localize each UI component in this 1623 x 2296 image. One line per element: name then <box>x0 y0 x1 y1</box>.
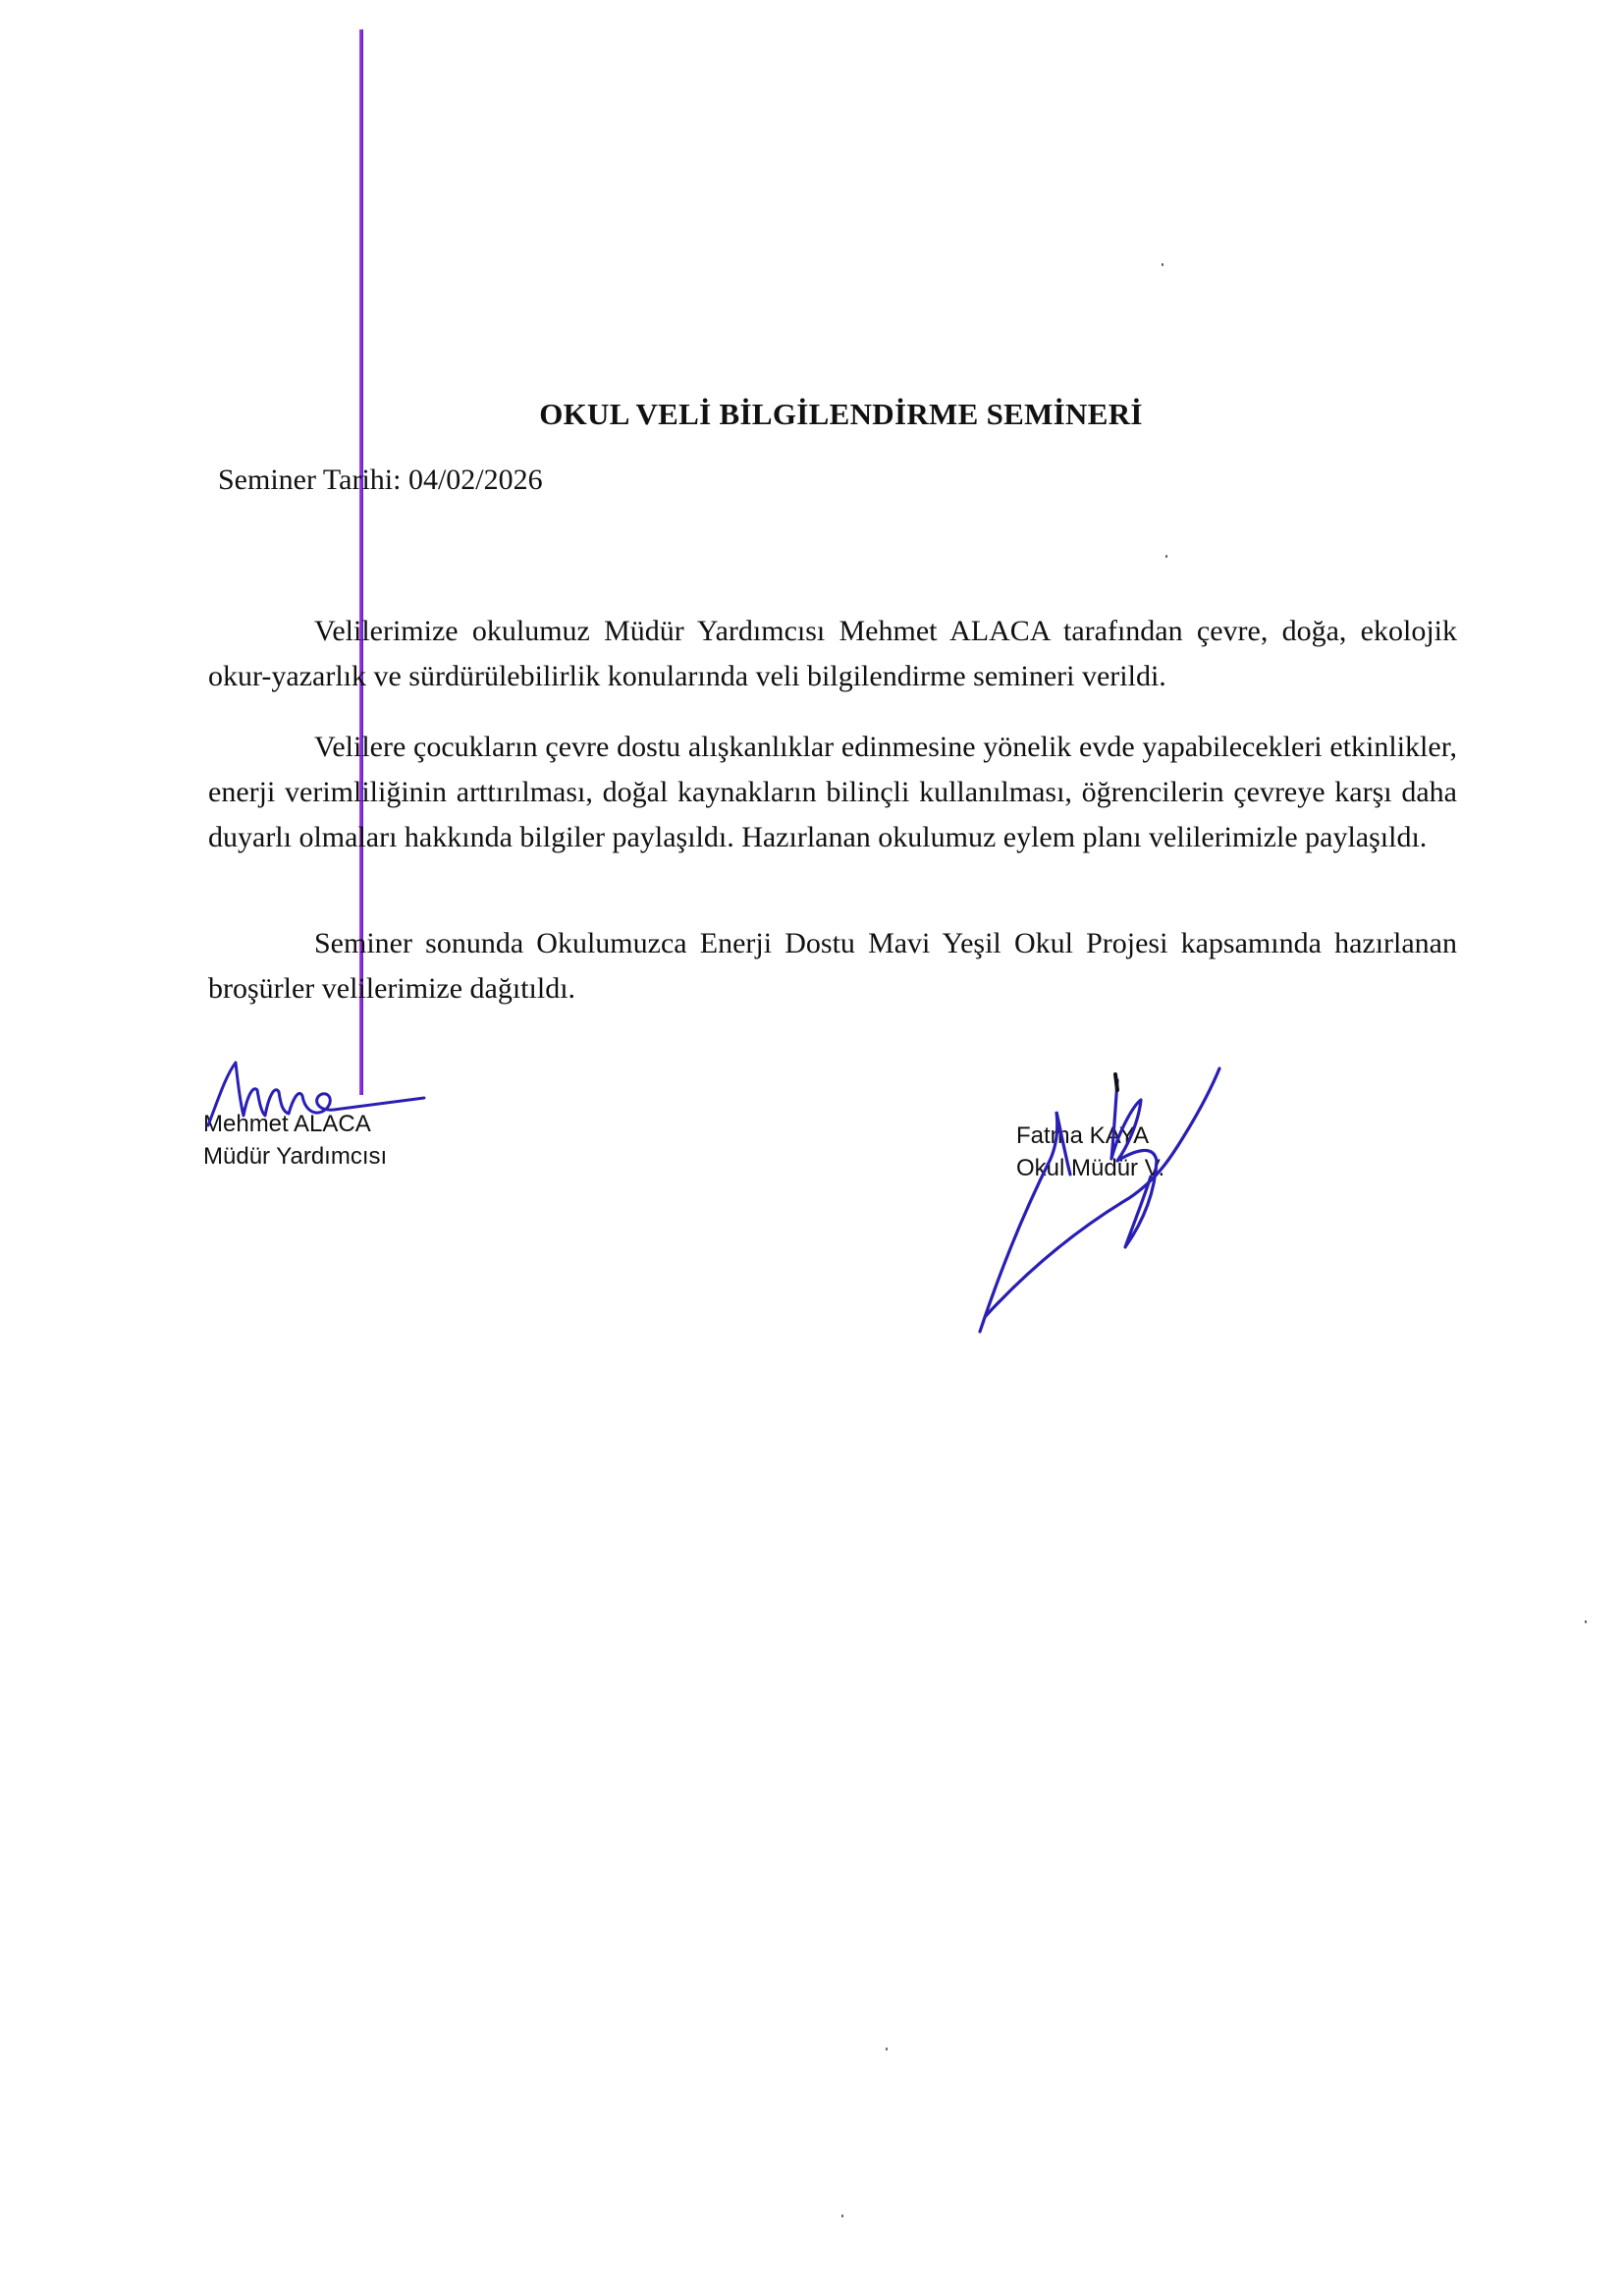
signatory-role-right: Okul Müdür V. <box>1016 1152 1164 1184</box>
document-title: OKUL VELİ BİLGİLENDİRME SEMİNERİ <box>0 397 1623 432</box>
paragraph-3: Seminer sonunda Okulumuzca Enerji Dostu … <box>208 921 1457 1011</box>
signatory-name-right: Fatma KAYA <box>1016 1120 1164 1152</box>
scan-speck <box>1165 555 1167 558</box>
signature-block-right: Fatma KAYA Okul Müdür V. <box>1016 1120 1164 1184</box>
paragraph-1: Velilerimize okulumuz Müdür Yardımcısı M… <box>208 609 1457 699</box>
scan-speck <box>1162 263 1163 266</box>
scan-speck <box>841 2214 843 2217</box>
signatory-name-left: Mehmet ALACA <box>203 1108 387 1140</box>
document-page: OKUL VELİ BİLGİLENDİRME SEMİNERİ Seminer… <box>0 0 1623 2296</box>
paragraph-2: Velilere çocukların çevre dostu alışkanl… <box>208 725 1457 860</box>
seminar-date: Seminer Tarihi: 04/02/2026 <box>218 464 543 497</box>
signatory-role-left: Müdür Yardımcısı <box>203 1140 387 1173</box>
signature-block-left: Mehmet ALACA Müdür Yardımcısı <box>203 1108 387 1173</box>
scan-speck <box>1585 1620 1587 1623</box>
scan-speck <box>886 2048 888 2050</box>
handwritten-signature-right-icon <box>972 1051 1267 1345</box>
